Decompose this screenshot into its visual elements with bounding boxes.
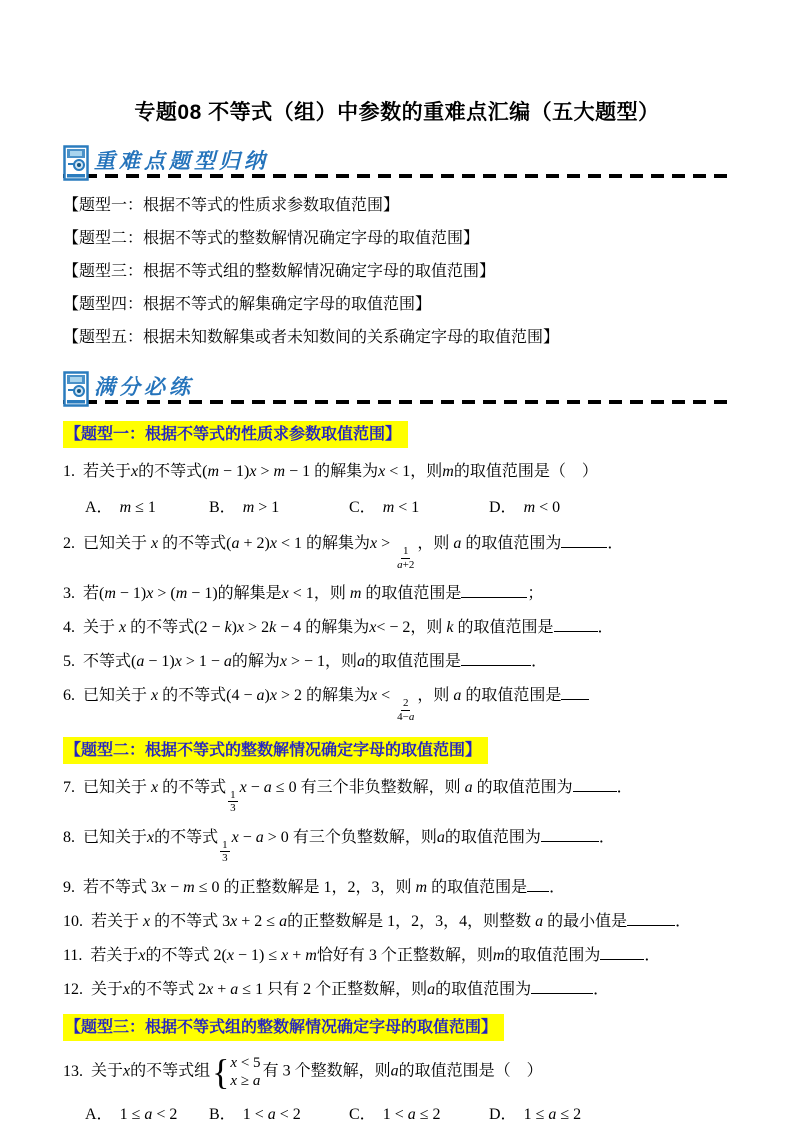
choice-options-row: A．1 ≤ a < 2B．1 < a < 2C．1 < a ≤ 2D．1 ≤ a… — [63, 1104, 731, 1122]
document-magnifier-icon — [63, 145, 91, 182]
problem-item: 5.不等式(a − 1)x > 1 − a的解为x > − 1，则a的取值范围是… — [63, 651, 731, 673]
math-expression: x − a > 0 — [232, 829, 289, 846]
math-expression: x < 1 — [378, 463, 410, 480]
math-expression: x< − 2 — [369, 619, 410, 636]
answer-blank — [531, 979, 593, 994]
problem-item: 10.若关于 x 的不等式 3x + 2 ≤ a的正整数解是 1，2，3，4，则… — [63, 911, 731, 933]
math-expression: x — [138, 947, 145, 964]
answer-blank — [527, 877, 549, 892]
math-expression: m — [350, 585, 362, 602]
problem-item: 1.若关于x的不等式(m − 1)x > m − 1 的解集为x < 1，则m的… — [63, 461, 731, 483]
fraction-numerator: 1 — [401, 545, 411, 559]
math-expression: x — [151, 779, 158, 796]
problem-item: 7.已知关于 x 的不等式13x − a ≤ 0 有三个非负整数解，则 a 的取… — [63, 777, 731, 815]
math-expression: m ≤ 1 — [120, 499, 156, 516]
system-line: x ≥ a — [230, 1072, 260, 1090]
fraction: 24−a — [396, 697, 415, 723]
math-expression: x — [151, 535, 158, 552]
problem-item: 6.已知关于 x 的不等式(4 − a)x > 2 的解集为x < 24−a，则… — [63, 685, 731, 723]
math-expression: 3 — [222, 852, 228, 864]
problem-number: 13. — [63, 1063, 83, 1080]
fraction-denominator: 3 — [229, 802, 237, 815]
math-expression: x > − 1 — [280, 653, 325, 670]
outline-item: 【题型三：根据不等式组的整数解情况确定字母的取值范围】 — [63, 262, 731, 282]
choice-option: B．1 < a < 2 — [209, 1104, 349, 1122]
problem-number: 9. — [63, 879, 75, 896]
problem-number: 3. — [63, 585, 75, 602]
problem-number: 10. — [63, 913, 83, 930]
answer-blank — [561, 533, 607, 548]
problem-item: 9.若不等式 3x − m ≤ 0 的正整数解是 1，2，3，则 m 的取值范围… — [63, 877, 731, 899]
math-expression: (4 − a)x > 2 — [226, 687, 302, 704]
choice-option: B．m > 1 — [209, 497, 349, 519]
math-expression: 4−a — [397, 711, 414, 723]
option-label: D． — [489, 499, 517, 516]
answer-blank — [627, 911, 675, 926]
math-expression: 1 < a < 2 — [243, 1106, 301, 1122]
problem-item: 11.若关于x的不等式 2(x − 1) ≤ x + m恰好有 3 个正整数解，… — [63, 945, 731, 967]
math-expression: x < 1 — [282, 585, 314, 602]
math-expression: m — [493, 947, 505, 964]
math-expression: 1 — [222, 839, 228, 851]
choice-option: D．1 ≤ a ≤ 2 — [489, 1104, 731, 1122]
fraction-denominator: 3 — [221, 852, 229, 865]
option-label: A． — [85, 1106, 113, 1122]
math-expression: x − a ≤ 0 — [240, 779, 297, 796]
problem-item: 4.关于 x 的不等式(2 − k)x > 2k − 4 的解集为x< − 2，… — [63, 617, 731, 639]
problem-number: 11. — [63, 947, 82, 964]
page-content: 专题08 不等式（组）中参数的重难点汇编（五大题型） 重难点题型归纳 【题型一：… — [0, 0, 793, 1122]
math-expression: a — [453, 687, 461, 704]
math-expression: a — [437, 829, 445, 846]
option-label: C． — [349, 1106, 376, 1122]
option-label: C． — [349, 499, 376, 516]
math-expression: a — [427, 981, 435, 998]
math-expression: 3x + 2 ≤ a — [222, 913, 287, 930]
problem-item: 2.已知关于 x 的不等式(a + 2)x < 1 的解集为x > 1a+2，则… — [63, 533, 731, 571]
problem-number: 7. — [63, 779, 75, 796]
topic-header: 【题型二：根据不等式的整数解情况确定字母的取值范围】 — [63, 737, 488, 764]
math-expression: x — [123, 981, 130, 998]
answer-blank — [554, 617, 598, 632]
math-expression: (a − 1)x > 1 − a — [131, 653, 232, 670]
math-expression: (m − 1)x > (m − 1) — [99, 585, 218, 602]
math-expression: 2x + a ≤ 1 — [198, 981, 263, 998]
math-expression: (2 − k)x > 2k − 4 — [194, 619, 301, 636]
math-expression: a — [465, 779, 473, 796]
problem-item: 13.关于x的不等式组{x < 5x ≥ a有 3 个整数解，则a的取值范围是（… — [63, 1054, 731, 1090]
math-expression: a — [453, 535, 461, 552]
option-label: B． — [209, 499, 236, 516]
outline-item: 【题型一：根据不等式的性质求参数取值范围】 — [63, 196, 731, 216]
left-brace: { — [212, 1057, 229, 1088]
answer-blank — [461, 583, 527, 598]
math-expression: m < 1 — [383, 499, 420, 516]
fraction-denominator: a+2 — [396, 559, 415, 572]
math-expression: k — [446, 619, 453, 636]
answer-blank — [573, 777, 617, 792]
math-expression: 2 — [403, 697, 409, 709]
choice-option: C．1 < a ≤ 2 — [349, 1104, 489, 1122]
problem-number: 5. — [63, 653, 75, 670]
problem-number: 6. — [63, 687, 75, 704]
math-expression: x — [151, 687, 158, 704]
inequality-system: {x < 5x ≥ a — [212, 1054, 260, 1090]
system-line: x < 5 — [230, 1054, 260, 1072]
answer-blank — [600, 945, 644, 960]
system-lines: x < 5x ≥ a — [230, 1054, 260, 1090]
topic-header: 【题型一：根据不等式的性质求参数取值范围】 — [63, 421, 408, 448]
fraction: 13 — [220, 839, 230, 865]
choice-option: A．1 ≤ a < 2 — [85, 1104, 209, 1122]
problem-number: 12. — [63, 981, 83, 998]
banner-title-outline: 重难点题型归纳 — [94, 145, 269, 175]
math-expression: x — [123, 1063, 130, 1080]
math-expression: x — [131, 463, 138, 480]
option-label: B． — [209, 1106, 236, 1122]
problem-number: 4. — [63, 619, 75, 636]
math-expression: x — [143, 913, 150, 930]
choice-option: C．m < 1 — [349, 497, 489, 519]
problem-item: 12.关于x的不等式 2x + a ≤ 1 只有 2 个正整数解，则a的取值范围… — [63, 979, 731, 1001]
topic-header: 【题型三：根据不等式组的整数解情况确定字母的取值范围】 — [63, 1014, 504, 1041]
math-expression: x ≥ a — [230, 1073, 260, 1089]
answer-blank — [461, 651, 531, 666]
math-expression: m — [442, 463, 454, 480]
choice-option: D．m < 0 — [489, 497, 731, 519]
fraction-numerator: 2 — [401, 697, 411, 711]
math-expression: 1 — [403, 545, 409, 557]
math-expression: 3x − m ≤ 0 — [151, 879, 219, 896]
math-expression: (a + 2)x < 1 — [226, 535, 302, 552]
problem-number: 8. — [63, 829, 75, 846]
math-expression: a — [357, 653, 365, 670]
math-expression: 2(x − 1) ≤ x + m — [214, 947, 317, 964]
math-expression: 1 — [230, 789, 236, 801]
option-label: A． — [85, 499, 113, 516]
banner-row: 重难点题型归纳 — [63, 145, 269, 182]
problem-number: 2. — [63, 535, 75, 552]
section-banner-outline: 重难点题型归纳 — [63, 135, 731, 182]
math-expression: 3 — [230, 802, 236, 814]
problems-area: 【题型一：根据不等式的性质求参数取值范围】1.若关于x的不等式(m − 1)x … — [63, 421, 731, 1122]
math-expression: (m − 1)x > m − 1 — [202, 463, 310, 480]
outline-item: 【题型四：根据不等式的解集确定字母的取值范围】 — [63, 295, 731, 315]
math-expression: a — [535, 913, 543, 930]
math-expression: 1 ≤ a ≤ 2 — [524, 1106, 582, 1122]
page-title: 专题08 不等式（组）中参数的重难点汇编（五大题型） — [63, 0, 731, 126]
banner-row: 满分必练 — [63, 371, 194, 408]
math-expression: m — [416, 879, 428, 896]
math-expression: 1 < a ≤ 2 — [383, 1106, 441, 1122]
fraction: 13 — [228, 789, 238, 815]
math-expression: x > — [370, 535, 394, 552]
document-magnifier-icon — [63, 371, 91, 408]
fraction-denominator: 4−a — [396, 711, 415, 724]
answer-blank — [541, 827, 599, 842]
math-expression: m < 0 — [524, 499, 561, 516]
problem-item: 8.已知关于x的不等式13x − a > 0 有三个负整数解，则a的取值范围为． — [63, 827, 731, 865]
math-expression: x < — [370, 687, 394, 704]
choice-options-row: A．m ≤ 1B．m > 1C．m < 1D．m < 0 — [63, 497, 731, 519]
fraction-numerator: 1 — [228, 789, 238, 803]
banner-title-practice: 满分必练 — [94, 371, 194, 401]
fraction-numerator: 1 — [220, 839, 230, 853]
problem-item: 3.若(m − 1)x > (m − 1)的解集是x < 1，则 m 的取值范围… — [63, 583, 731, 605]
fraction: 1a+2 — [396, 545, 415, 571]
option-label: D． — [489, 1106, 517, 1122]
answer-blank — [561, 685, 589, 700]
math-expression: a — [391, 1063, 399, 1080]
topic-outline-list: 【题型一：根据不等式的性质求参数取值范围】【题型二：根据不等式的整数解情况确定字… — [63, 196, 731, 348]
choice-option: A．m ≤ 1 — [85, 497, 209, 519]
math-expression: a+2 — [397, 559, 414, 571]
math-expression: x < 5 — [230, 1055, 260, 1071]
math-expression: x — [119, 619, 126, 636]
math-expression: 1 ≤ a < 2 — [120, 1106, 178, 1122]
problem-number: 1. — [63, 463, 75, 480]
worksheet-page: 专题08 不等式（组）中参数的重难点汇编（五大题型） 重难点题型归纳 【题型一：… — [0, 0, 793, 1122]
section-banner-practice: 满分必练 — [63, 361, 731, 408]
outline-item: 【题型五：根据未知数解集或者未知数间的关系确定字母的取值范围】 — [63, 328, 731, 348]
outline-item: 【题型二：根据不等式的整数解情况确定字母的取值范围】 — [63, 229, 731, 249]
math-expression: m > 1 — [243, 499, 280, 516]
math-expression: x — [147, 829, 154, 846]
